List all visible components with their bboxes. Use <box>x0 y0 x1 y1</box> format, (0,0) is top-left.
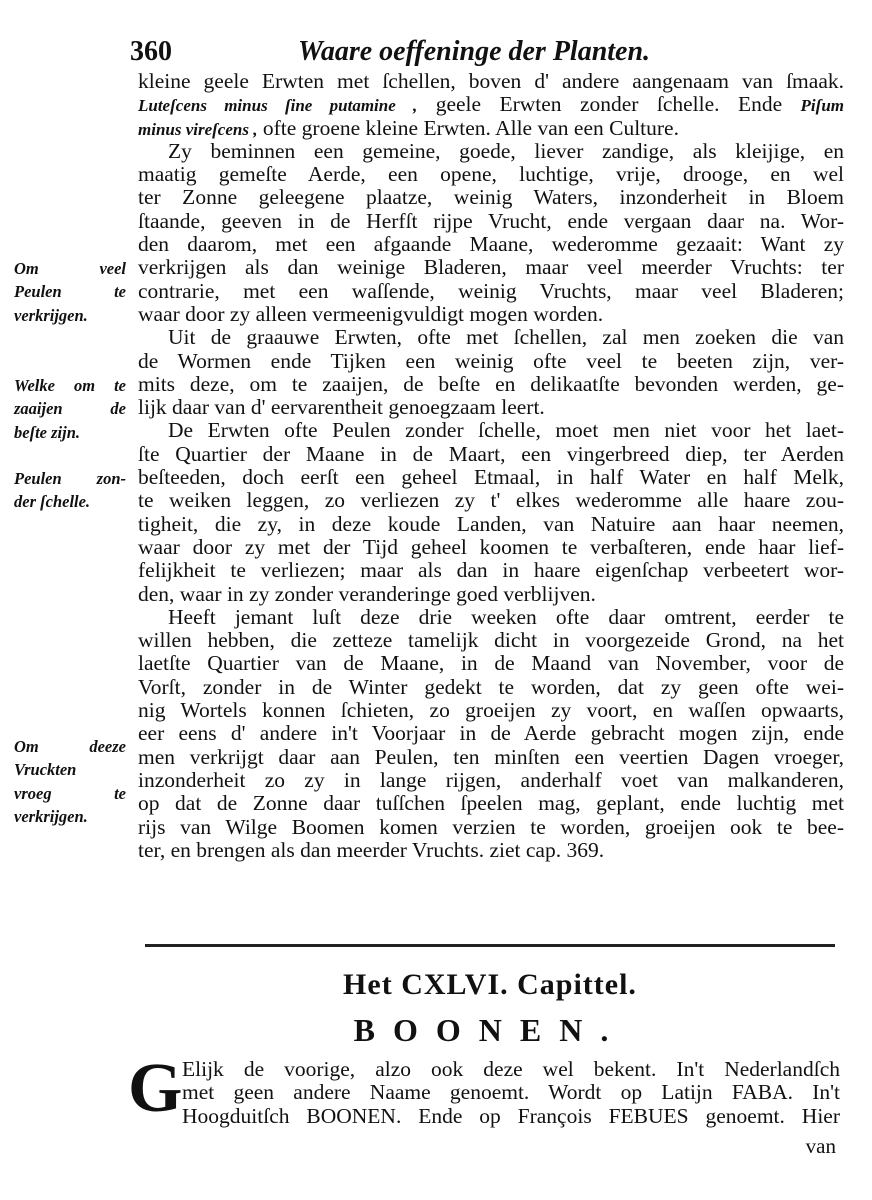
text-line: felijkheit te verliezen; maar als dan in… <box>138 559 844 582</box>
margin-note-line: beſte zijn. <box>14 421 126 444</box>
line-text: tigheit, die zy, in deze koude Landen, v… <box>138 512 844 536</box>
margin-note: Peulen zon-der ſchelle. <box>14 467 126 514</box>
text-line: willen hebben, die zetteze tamelijk dich… <box>138 629 844 652</box>
line-text: kleine geele Erwten met ſchellen, boven … <box>138 69 844 93</box>
text-line: tigheit, die zy, in deze koude Landen, v… <box>138 513 844 536</box>
text-line: laetſte Quartier van de Maane, in de Maa… <box>138 652 844 675</box>
line-text: Uit de graauwe Erwten, ofte met ſchellen… <box>168 325 844 349</box>
intro-line: met geen andere Naame genoemt. Wordt op … <box>128 1081 840 1104</box>
drop-cap: G <box>128 1056 182 1122</box>
latin-name: Piſum <box>801 96 844 115</box>
line-text: nig Wortels konnen ſchieten, zo groeijen… <box>138 698 844 722</box>
text-line: waar door zy alleen vermeenigvuldigt mog… <box>138 303 844 326</box>
line-text: laetſte Quartier van de Maane, in de Maa… <box>138 651 844 675</box>
line-text: waar door zy alleen vermeenigvuldigt mog… <box>138 302 603 326</box>
intro-line: Elijk de voorige, alzo ook deze wel beke… <box>128 1058 840 1081</box>
page-number: 360 <box>130 36 172 68</box>
line-text: verkrijgen als dan weinige Bladeren, maa… <box>138 255 844 279</box>
text-line: men verkrijgt daar aan Peulen, ten minſt… <box>138 746 844 769</box>
line-text: contrarie, met een waſſende, weinig Vruc… <box>138 279 844 303</box>
latin-name: Luteſcens minus ſine putamine , <box>138 96 417 115</box>
line-text: de Wormen ende Tijken een weinig ofte ve… <box>138 349 844 373</box>
text-line: nig Wortels konnen ſchieten, zo groeijen… <box>138 699 844 722</box>
text-line: Vorſt, zonder in de Winter gedekt te wor… <box>138 676 844 699</box>
line-text: beſteeden, doch eerſt een geheel Etmaal,… <box>138 465 844 489</box>
line-text: te weiken leggen, zo verliezen zy t' elk… <box>138 488 844 512</box>
text-line: te weiken leggen, zo verliezen zy t' elk… <box>138 489 844 512</box>
line-text: lijk daar van d' eervarentheit genoegzaa… <box>138 395 545 419</box>
body-text: kleine geele Erwten met ſchellen, boven … <box>138 70 844 862</box>
text-line: den, waar in zy zonder veranderinge goed… <box>138 583 844 606</box>
line-text: De Erwten ofte Peulen zonder ſchelle, mo… <box>168 418 844 442</box>
text-line: rijs van Wilge Boomen komen verzien te w… <box>138 816 844 839</box>
line-text: maatig gemeſte Aerde, een opene, luchtig… <box>138 162 844 186</box>
text-line: De Erwten ofte Peulen zonder ſchelle, mo… <box>138 419 844 442</box>
intro-line: Hoogduitſch BOONEN. Ende op François FEB… <box>128 1105 840 1128</box>
margin-note-line: Om veel <box>14 257 126 280</box>
chapter-intro: G Elijk de voorige, alzo ook deze wel be… <box>128 1058 840 1128</box>
margin-note-line: Peulen te <box>14 280 126 303</box>
text-line: Zy beminnen een gemeine, goede, liever z… <box>138 140 844 163</box>
line-text: mits deze, om te zaaijen, de beſte en de… <box>138 372 844 396</box>
text-line: ſtaande, geeven in de Herfſt rijpe Vruch… <box>138 210 844 233</box>
line-text: Heeft jemant luſt deze drie weeken ofte … <box>168 605 844 629</box>
latin-name: minus vireſcens , <box>138 120 257 139</box>
text-line: minus vireſcens , ofte groene kleine Erw… <box>138 117 844 140</box>
text-line: Uit de graauwe Erwten, ofte met ſchellen… <box>138 326 844 349</box>
line-text: men verkrijgt daar aan Peulen, ten minſt… <box>138 745 844 769</box>
line-text: inzonderheit zo zy in lange rijgen, ande… <box>138 768 844 792</box>
text-line: verkrijgen als dan weinige Bladeren, maa… <box>138 256 844 279</box>
text-line: Heeft jemant luſt deze drie weeken ofte … <box>138 606 844 629</box>
text-line: mits deze, om te zaaijen, de beſte en de… <box>138 373 844 396</box>
line-text: den daarom, met een afgaande Maane, wede… <box>138 232 844 256</box>
margin-note-line: der ſchelle. <box>14 490 126 513</box>
text-line: den daarom, met een afgaande Maane, wede… <box>138 233 844 256</box>
margin-note-line: verkrijgen. <box>14 304 126 327</box>
line-text: Zy beminnen een gemeine, goede, liever z… <box>168 139 844 163</box>
text-line: lijk daar van d' eervarentheit genoegzaa… <box>138 396 844 419</box>
chapter-title: BOONEN. <box>140 1012 840 1049</box>
line-text: ter Zonne geleegene plaatze, weinig Wate… <box>138 185 844 209</box>
margin-note-line: Om deeze <box>14 735 126 758</box>
line-text: felijkheit te verliezen; maar als dan in… <box>138 558 844 582</box>
line-text: willen hebben, die zetteze tamelijk dich… <box>138 628 844 652</box>
text-line: inzonderheit zo zy in lange rijgen, ande… <box>138 769 844 792</box>
chapter-heading: Het CXLVI. Capittel. <box>140 968 840 1002</box>
text-line: ter, en brengen als dan meerder Vruchts.… <box>138 839 844 862</box>
text-line: contrarie, met een waſſende, weinig Vruc… <box>138 280 844 303</box>
line-text: Vorſt, zonder in de Winter gedekt te wor… <box>138 675 844 699</box>
line-text: geele Erwten zonder ſchelle. Ende <box>417 92 800 116</box>
line-text: waar door zy met der Tijd geheel koomen … <box>138 535 844 559</box>
margin-note-line: zaaijen de <box>14 397 126 420</box>
text-line: beſteeden, doch eerſt een geheel Etmaal,… <box>138 466 844 489</box>
margin-note-line: verkrijgen. <box>14 805 126 828</box>
text-line: op dat de Zonne daar tuſſchen ſpeelen ma… <box>138 792 844 815</box>
text-line: eer eens d' andere in't Voorjaar in de A… <box>138 722 844 745</box>
line-text: ſtaande, geeven in de Herfſt rijpe Vruch… <box>138 209 844 233</box>
line-text: den, waar in zy zonder veranderinge goed… <box>138 582 596 606</box>
margin-note-line: Vruckten <box>14 758 126 781</box>
text-line: ſte Quartier der Maane in de Maart, een … <box>138 443 844 466</box>
running-title: Waare oeffeninge der Planten. <box>298 36 650 68</box>
margin-note: Om deezeVrucktenvroeg teverkrijgen. <box>14 735 126 828</box>
line-text: ter, en brengen als dan meerder Vruchts.… <box>138 838 604 862</box>
chapter-divider-rule <box>145 944 835 947</box>
text-line: de Wormen ende Tijken een weinig ofte ve… <box>138 350 844 373</box>
text-line: waar door zy met der Tijd geheel koomen … <box>138 536 844 559</box>
margin-note-line: vroeg te <box>14 782 126 805</box>
line-text: ofte groene kleine Erwten. Alle van een … <box>257 116 679 140</box>
catchword: van <box>806 1134 836 1159</box>
margin-note: Welke om tezaaijen debeſte zijn. <box>14 374 126 444</box>
text-line: Luteſcens minus ſine putamine , geele Er… <box>138 93 844 116</box>
text-line: kleine geele Erwten met ſchellen, boven … <box>138 70 844 93</box>
book-page: 360 Waare oeffeninge der Planten. kleine… <box>0 0 872 1200</box>
margin-note-line: Welke om te <box>14 374 126 397</box>
line-text: ſte Quartier der Maane in de Maart, een … <box>138 442 844 466</box>
text-line: ter Zonne geleegene plaatze, weinig Wate… <box>138 186 844 209</box>
line-text: op dat de Zonne daar tuſſchen ſpeelen ma… <box>138 791 844 815</box>
margin-note: Om veelPeulen teverkrijgen. <box>14 257 126 327</box>
line-text: rijs van Wilge Boomen komen verzien te w… <box>138 815 844 839</box>
line-text: eer eens d' andere in't Voorjaar in de A… <box>138 721 844 745</box>
margin-note-line: Peulen zon- <box>14 467 126 490</box>
text-line: maatig gemeſte Aerde, een opene, luchtig… <box>138 163 844 186</box>
